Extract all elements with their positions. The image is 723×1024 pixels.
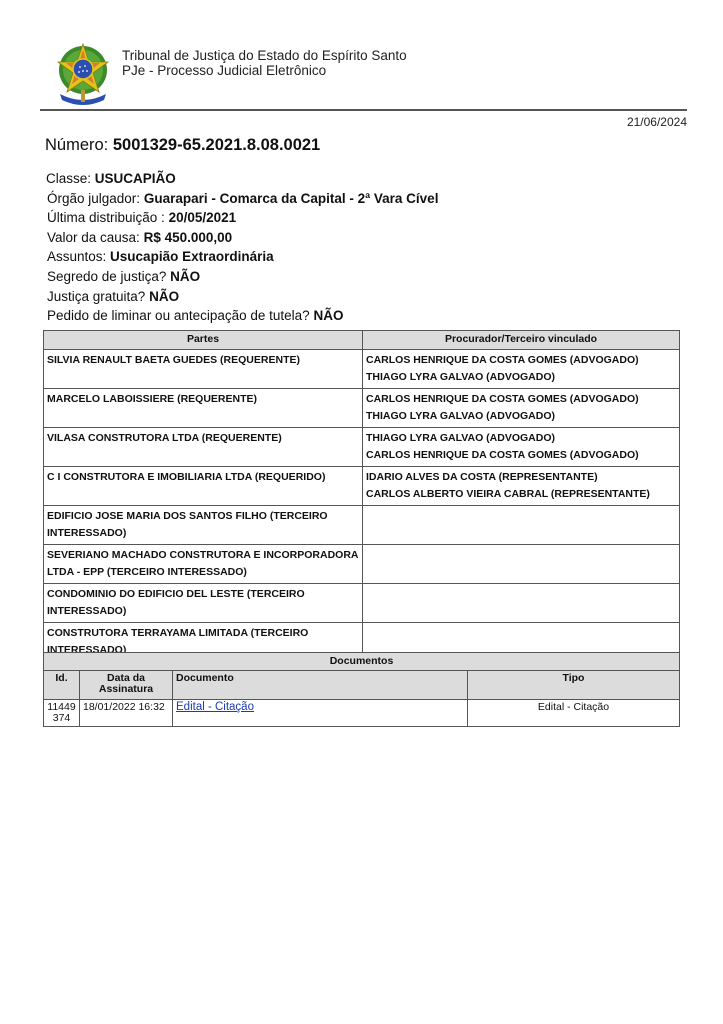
vinculado-cell: CARLOS HENRIQUE DA COSTA GOMES (ADVOGADO… (363, 389, 680, 428)
field-value: NÃO (313, 308, 343, 323)
partes-body: SILVIA RENAULT BAETA GUEDES (REQUERENTE)… (44, 350, 680, 684)
document-link[interactable]: Edital - Citação (176, 701, 254, 713)
field-label: Justiça gratuita? (47, 289, 145, 304)
table-row: MARCELO LABOISSIERE (REQUERENTE)CARLOS H… (44, 389, 680, 428)
parte-cell: CONDOMINIO DO EDIFICIO DEL LESTE (TERCEI… (44, 584, 363, 623)
column-header-partes: Partes (44, 331, 363, 350)
column-header-procurador: Procurador/Terceiro vinculado (363, 331, 680, 350)
field-value: 20/05/2021 (169, 210, 237, 225)
process-number-value: 5001329-65.2021.8.08.0021 (113, 136, 320, 154)
vinculado-cell (363, 545, 680, 584)
field-valor-causa: Valor da causa: R$ 450.000,00 (47, 228, 438, 248)
system-name: PJe - Processo Judicial Eletrônico (122, 63, 407, 78)
vinculado-item: CARLOS HENRIQUE DA COSTA GOMES (ADVOGADO… (366, 447, 676, 464)
parte-cell: SILVIA RENAULT BAETA GUEDES (REQUERENTE) (44, 350, 363, 389)
documentos-title: Documentos (44, 653, 680, 671)
field-value: NÃO (170, 269, 200, 284)
field-value: USUCAPIÃO (95, 171, 176, 186)
field-value: Guarapari - Comarca da Capital - 2ª Vara… (144, 191, 439, 206)
document-header: Tribunal de Justiça do Estado do Espírit… (48, 40, 688, 106)
doc-date-cell: 18/01/2022 16:32 (80, 700, 173, 727)
process-fields: Classe: USUCAPIÃO Órgão julgador: Guarap… (47, 169, 438, 326)
doc-id-cell: 11449374 (44, 700, 80, 727)
documentos-header-row: Id. Data da Assinatura Documento Tipo (44, 671, 680, 700)
parte-cell: VILASA CONSTRUTORA LTDA (REQUERENTE) (44, 428, 363, 467)
parte-cell: EDIFICIO JOSE MARIA DOS SANTOS FILHO (TE… (44, 506, 363, 545)
parte-cell: MARCELO LABOISSIERE (REQUERENTE) (44, 389, 363, 428)
field-classe: Classe: USUCAPIÃO (46, 169, 438, 189)
field-assuntos: Assuntos: Usucapião Extraordinária (47, 247, 438, 267)
table-row: C I CONSTRUTORA E IMOBILIARIA LTDA (REQU… (44, 467, 680, 506)
vinculado-item: CARLOS ALBERTO VIEIRA CABRAL (REPRESENTA… (366, 486, 676, 503)
doc-type-cell: Edital - Citação (468, 700, 680, 727)
brazil-coat-of-arms-icon (52, 40, 114, 106)
table-row: CONDOMINIO DO EDIFICIO DEL LESTE (TERCEI… (44, 584, 680, 623)
field-label: Classe: (46, 171, 91, 186)
field-ultima-distribuicao: Última distribuição : 20/05/2021 (47, 208, 438, 228)
table-row: EDIFICIO JOSE MARIA DOS SANTOS FILHO (TE… (44, 506, 680, 545)
field-orgao-julgador: Órgão julgador: Guarapari - Comarca da C… (47, 189, 438, 209)
field-label: Pedido de liminar ou antecipação de tute… (47, 308, 310, 323)
parte-cell: C I CONSTRUTORA E IMOBILIARIA LTDA (REQU… (44, 467, 363, 506)
column-header-tipo: Tipo (468, 671, 680, 700)
field-label: Assuntos: (47, 249, 106, 264)
field-segredo-justica: Segredo de justiça? NÃO (47, 267, 438, 287)
parte-cell: SEVERIANO MACHADO CONSTRUTORA E INCORPOR… (44, 545, 363, 584)
vinculado-item: IDARIO ALVES DA COSTA (REPRESENTANTE) (366, 469, 676, 486)
column-header-data: Data da Assinatura (80, 671, 173, 700)
table-row: SILVIA RENAULT BAETA GUEDES (REQUERENTE)… (44, 350, 680, 389)
documentos-table: Documentos Id. Data da Assinatura Docume… (43, 652, 680, 727)
vinculado-cell (363, 506, 680, 545)
vinculado-cell: THIAGO LYRA GALVAO (ADVOGADO)CARLOS HENR… (363, 428, 680, 467)
column-header-documento: Documento (173, 671, 468, 700)
vinculado-item: CARLOS HENRIQUE DA COSTA GOMES (ADVOGADO… (366, 391, 676, 408)
field-pedido-liminar: Pedido de liminar ou antecipação de tute… (47, 306, 438, 326)
doc-link-cell: Edital - Citação (173, 700, 468, 727)
court-title: Tribunal de Justiça do Estado do Espírit… (122, 48, 407, 78)
vinculado-item: CARLOS HENRIQUE DA COSTA GOMES (ADVOGADO… (366, 352, 676, 369)
header-divider (40, 109, 687, 111)
partes-table: Partes Procurador/Terceiro vinculado SIL… (43, 330, 680, 684)
documentos-title-row: Documentos (44, 653, 680, 671)
field-justica-gratuita: Justiça gratuita? NÃO (47, 287, 438, 307)
table-row: VILASA CONSTRUTORA LTDA (REQUERENTE)THIA… (44, 428, 680, 467)
vinculado-cell: IDARIO ALVES DA COSTA (REPRESENTANTE)CAR… (363, 467, 680, 506)
table-row: SEVERIANO MACHADO CONSTRUTORA E INCORPOR… (44, 545, 680, 584)
print-date: 21/06/2024 (627, 115, 687, 129)
field-value: R$ 450.000,00 (144, 230, 233, 245)
documentos-body: 1144937418/01/2022 16:32Edital - Citação… (44, 700, 680, 727)
column-header-id: Id. (44, 671, 80, 700)
field-label: Segredo de justiça? (47, 269, 166, 284)
process-number: Número: 5001329-65.2021.8.08.0021 (45, 136, 320, 155)
vinculado-item: THIAGO LYRA GALVAO (ADVOGADO) (366, 408, 676, 425)
vinculado-item: THIAGO LYRA GALVAO (ADVOGADO) (366, 369, 676, 386)
partes-header-row: Partes Procurador/Terceiro vinculado (44, 331, 680, 350)
vinculado-cell (363, 584, 680, 623)
process-number-label: Número: (45, 136, 108, 154)
field-label: Órgão julgador: (47, 191, 140, 206)
field-label: Valor da causa: (47, 230, 140, 245)
field-label: Última distribuição : (47, 210, 165, 225)
vinculado-cell: CARLOS HENRIQUE DA COSTA GOMES (ADVOGADO… (363, 350, 680, 389)
field-value: NÃO (149, 289, 179, 304)
court-name: Tribunal de Justiça do Estado do Espírit… (122, 48, 407, 63)
vinculado-item: THIAGO LYRA GALVAO (ADVOGADO) (366, 430, 676, 447)
table-row: 1144937418/01/2022 16:32Edital - Citação… (44, 700, 680, 727)
field-value: Usucapião Extraordinária (110, 249, 274, 264)
